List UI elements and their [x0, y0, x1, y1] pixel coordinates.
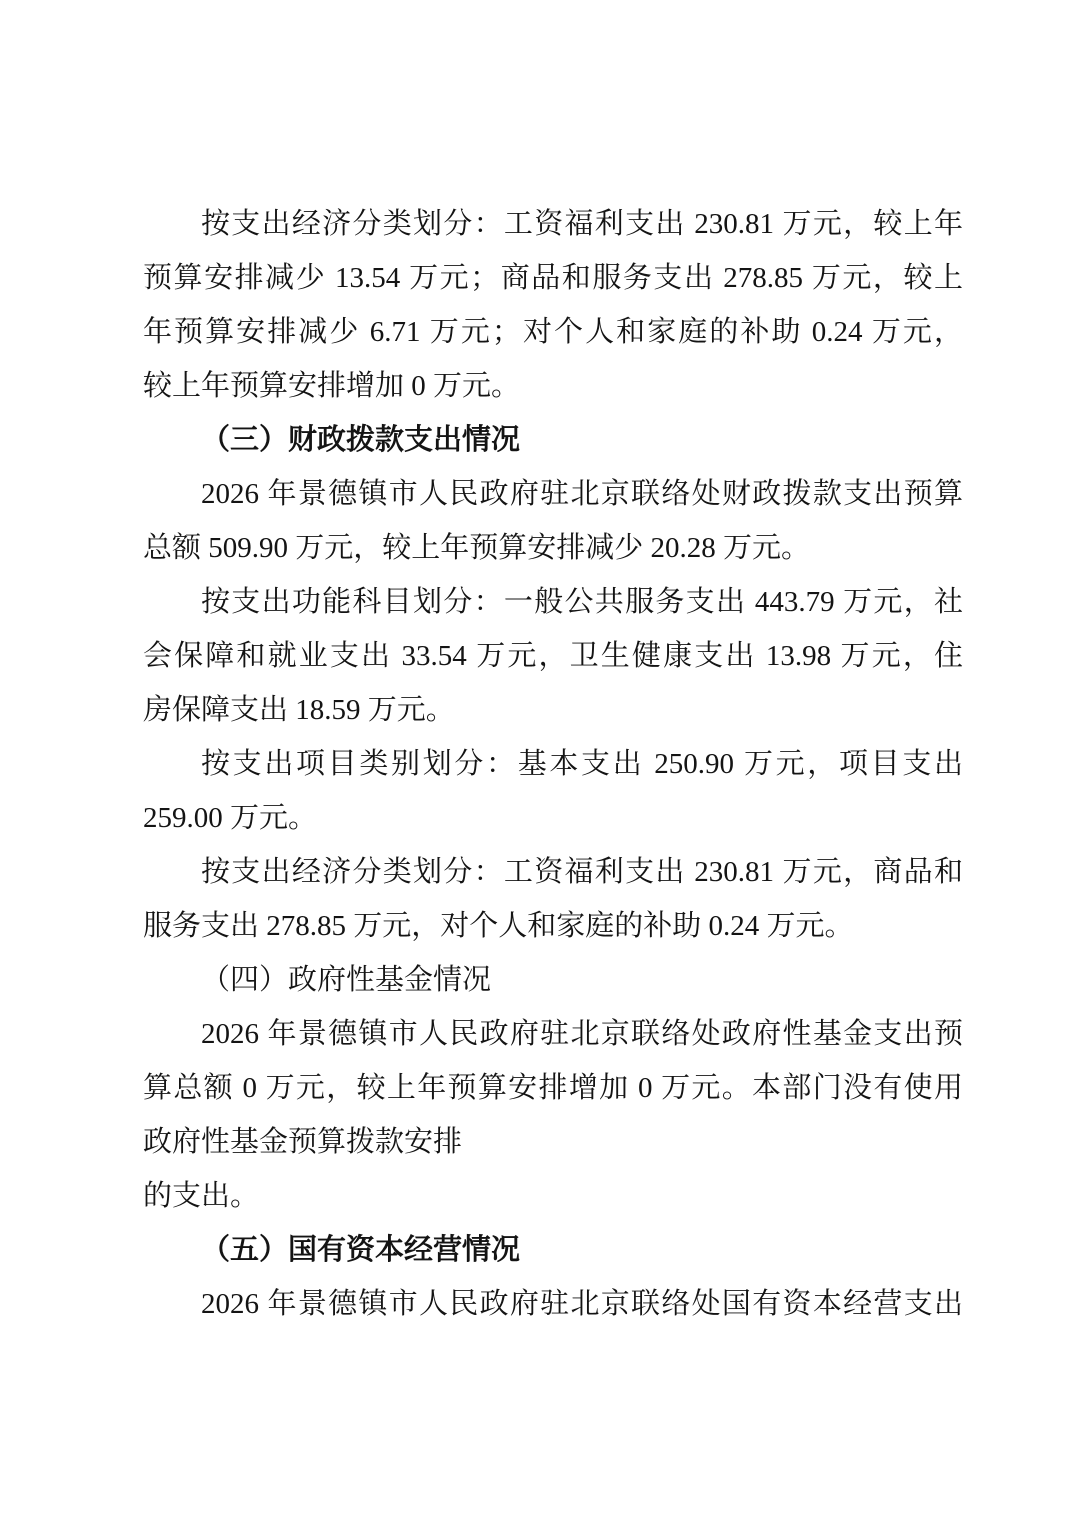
- text-line: 按支出经济分类划分：工资福利支出 230.81 万元，商品和: [143, 845, 963, 899]
- text-line: 政府性基金预算拨款安排: [143, 1115, 963, 1169]
- text-line: 2026 年景德镇市人民政府驻北京联络处财政拨款支出预算: [143, 467, 963, 521]
- section-heading: （五）国有资本经营情况: [143, 1223, 963, 1277]
- text-line: 的支出。: [143, 1169, 963, 1223]
- text-line: 按支出功能科目划分：一般公共服务支出 443.79 万元，社: [143, 575, 963, 629]
- text-line: 服务支出 278.85 万元，对个人和家庭的补助 0.24 万元。: [143, 899, 963, 953]
- text-line: 年预算安排减少 6.71 万元；对个人和家庭的补助 0.24 万元，: [143, 305, 963, 359]
- text-line: 2026 年景德镇市人民政府驻北京联络处国有资本经营支出: [143, 1277, 963, 1331]
- text-line: 预算安排减少 13.54 万元；商品和服务支出 278.85 万元，较上: [143, 251, 963, 305]
- section-heading: （四）政府性基金情况: [143, 953, 963, 1007]
- document-body: 按支出经济分类划分：工资福利支出 230.81 万元，较上年预算安排减少 13.…: [143, 197, 963, 1331]
- document-page: 按支出经济分类划分：工资福利支出 230.81 万元，较上年预算安排减少 13.…: [0, 0, 1074, 1520]
- text-line: 较上年预算安排增加 0 万元。: [143, 359, 963, 413]
- text-line: 2026 年景德镇市人民政府驻北京联络处政府性基金支出预: [143, 1007, 963, 1061]
- text-line: 总额 509.90 万元，较上年预算安排减少 20.28 万元。: [143, 521, 963, 575]
- text-line: 房保障支出 18.59 万元。: [143, 683, 963, 737]
- text-line: 算总额 0 万元，较上年预算安排增加 0 万元。本部门没有使用: [143, 1061, 963, 1115]
- text-line: 会保障和就业支出 33.54 万元，卫生健康支出 13.98 万元，住: [143, 629, 963, 683]
- section-heading: （三）财政拨款支出情况: [143, 413, 963, 467]
- text-line: 259.00 万元。: [143, 791, 963, 845]
- text-line: 按支出经济分类划分：工资福利支出 230.81 万元，较上年: [143, 197, 963, 251]
- text-line: 按支出项目类别划分：基本支出 250.90 万元，项目支出: [143, 737, 963, 791]
